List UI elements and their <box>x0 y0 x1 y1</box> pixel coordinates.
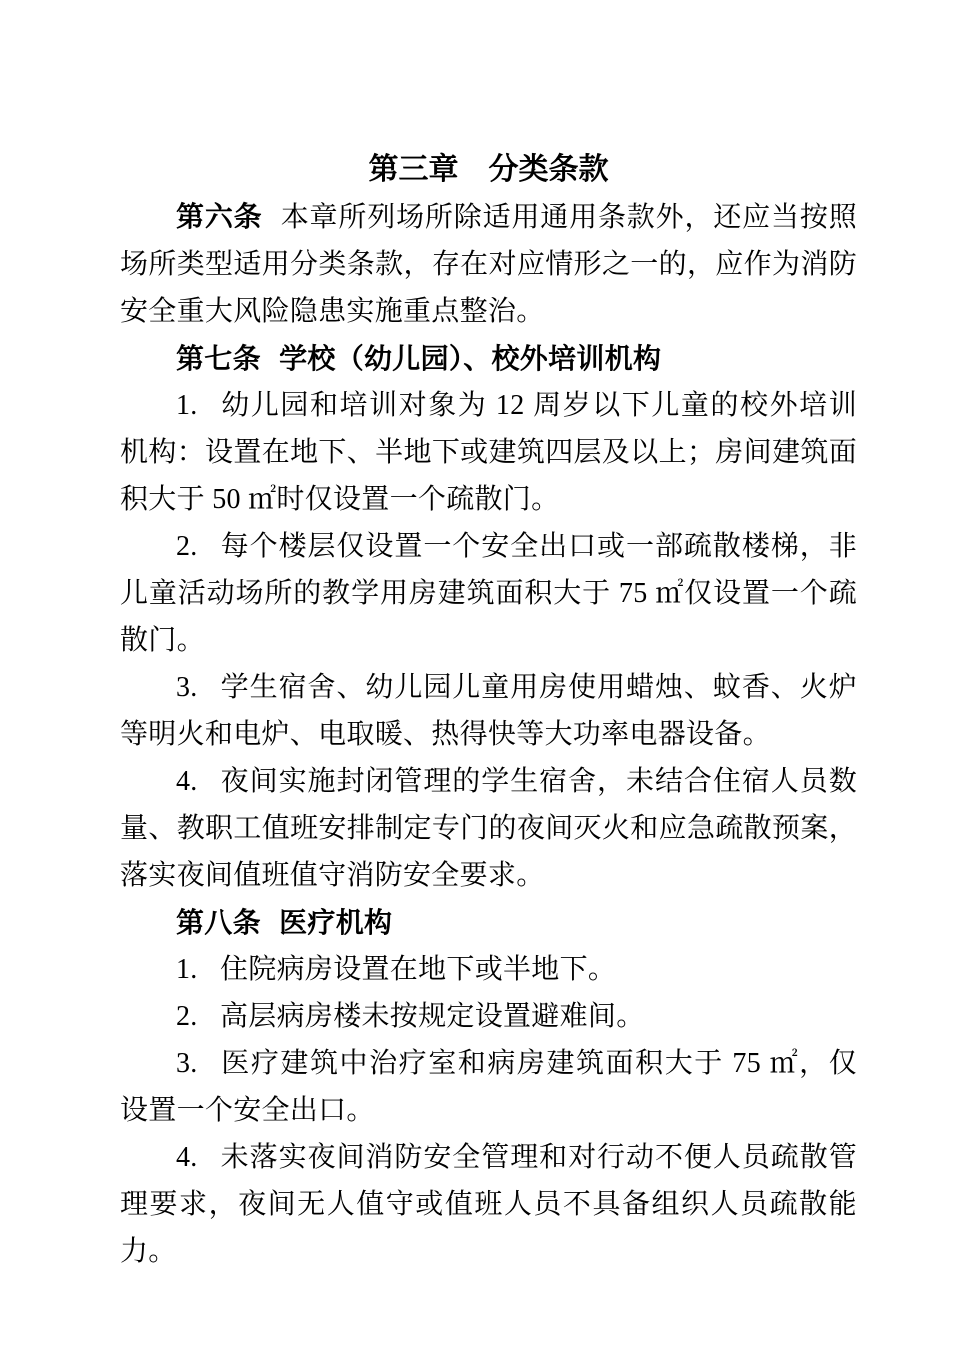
document-page: 第三章 分类条款 第六条本章所列场所除适用通用条款外，还应当按照场所类型适用分类… <box>0 0 970 1371</box>
item-number: 1. <box>176 390 198 421</box>
item-number: 2. <box>176 531 198 562</box>
article7-title: 学校（幼儿园）、校外培训机构 <box>279 343 661 374</box>
item-text: 每个楼层仅设置一个安全出口或一部疏散楼梯，非儿童活动场所的教学用房建筑面积大于 … <box>120 531 857 656</box>
article8-item-4: 4.未落实夜间消防安全管理和对行动不便人员疏散管理要求，夜间无人值守或值班人员不… <box>120 1134 857 1275</box>
item-text: 学生宿舍、幼儿园儿童用房使用蜡烛、蚊香、火炉等明火和电炉、电取暖、热得快等大功率… <box>120 672 857 750</box>
document-content: 第三章 分类条款 第六条本章所列场所除适用通用条款外，还应当按照场所类型适用分类… <box>120 146 857 1275</box>
item-text: 未落实夜间消防安全管理和对行动不便人员疏散管理要求，夜间无人值守或值班人员不具备… <box>120 1142 857 1267</box>
article7-label: 第七条 <box>176 343 261 374</box>
item-number: 4. <box>176 1142 198 1173</box>
article6-label: 第六条 <box>176 201 263 232</box>
chapter-title: 第三章 分类条款 <box>120 146 857 193</box>
item-number: 3. <box>176 672 198 703</box>
item-text: 幼儿园和培训对象为 12 周岁以下儿童的校外培训机构：设置在地下、半地下或建筑四… <box>120 390 857 515</box>
article7-item-3: 3.学生宿舍、幼儿园儿童用房使用蜡烛、蚊香、火炉等明火和电炉、电取暖、热得快等大… <box>120 664 857 758</box>
article8-label: 第八条 <box>176 907 261 938</box>
item-text: 高层病房楼未按规定设置避难间。 <box>220 1001 645 1032</box>
article7-item-1: 1.幼儿园和培训对象为 12 周岁以下儿童的校外培训机构：设置在地下、半地下或建… <box>120 382 857 523</box>
article7-item-2: 2.每个楼层仅设置一个安全出口或一部疏散楼梯，非儿童活动场所的教学用房建筑面积大… <box>120 523 857 664</box>
item-number: 1. <box>176 954 198 985</box>
item-number: 4. <box>176 766 198 797</box>
article6-paragraph: 第六条本章所列场所除适用通用条款外，还应当按照场所类型适用分类条款，存在对应情形… <box>120 193 857 335</box>
item-number: 3. <box>176 1048 198 1079</box>
article8-item-1: 1.住院病房设置在地下或半地下。 <box>120 946 857 993</box>
article8-item-2: 2.高层病房楼未按规定设置避难间。 <box>120 993 857 1040</box>
item-number: 2. <box>176 1001 198 1032</box>
item-text: 医疗建筑中治疗室和病房建筑面积大于 75 ㎡，仅设置一个安全出口。 <box>120 1048 857 1126</box>
article8-item-3: 3.医疗建筑中治疗室和病房建筑面积大于 75 ㎡，仅设置一个安全出口。 <box>120 1040 857 1134</box>
article8-heading: 第八条医疗机构 <box>120 899 857 946</box>
item-text: 住院病房设置在地下或半地下。 <box>220 954 616 985</box>
article7-item-4: 4.夜间实施封闭管理的学生宿舍，未结合住宿人员数量、教职工值班安排制定专门的夜间… <box>120 758 857 899</box>
article8-title: 医疗机构 <box>279 907 392 938</box>
item-text: 夜间实施封闭管理的学生宿舍，未结合住宿人员数量、教职工值班安排制定专门的夜间灭火… <box>120 766 857 891</box>
article7-heading: 第七条学校（幼儿园）、校外培训机构 <box>120 335 857 382</box>
